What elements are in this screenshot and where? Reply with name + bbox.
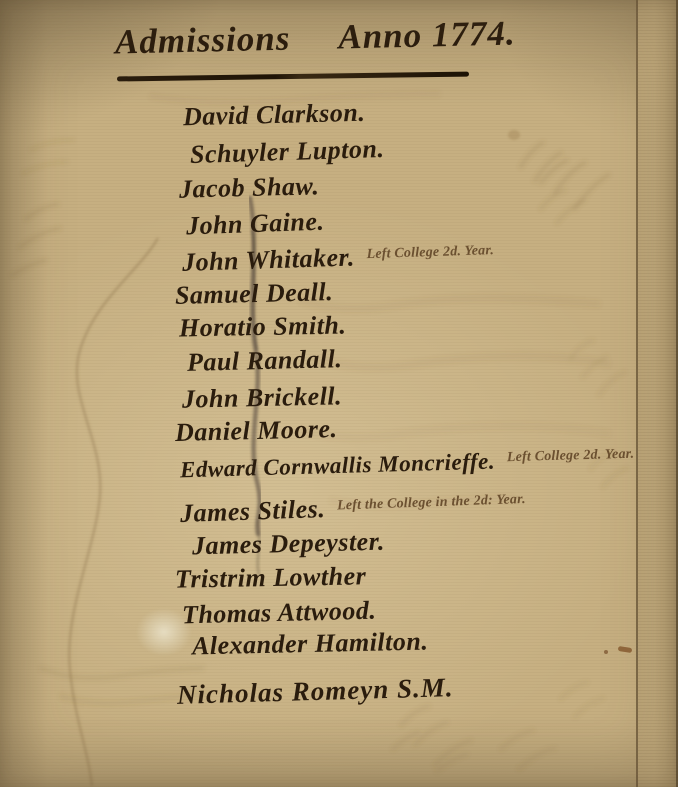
manuscript-page: Admissions Anno 1774. David Clarkson.Sch…	[0, 0, 678, 787]
admission-entry: John Brickell.	[182, 381, 343, 414]
admission-entry: Tristrim Lowther	[175, 561, 367, 594]
admission-entry: John Gaine.	[186, 207, 325, 242]
admission-entry: Edward Cornwallis Moncrieffe.Left Colleg…	[180, 445, 635, 484]
margin-note: Left College 2d. Year.	[507, 447, 635, 466]
student-name: Thomas Attwood.	[182, 596, 377, 630]
admission-entry: Samuel Deall.	[175, 277, 334, 311]
student-name: Samuel Deall.	[175, 277, 334, 310]
admission-entry: Horatio Smith.	[179, 311, 347, 344]
margin-note: Left the College in the 2d: Year.	[337, 492, 526, 514]
student-name: Nicholas Romeyn S.M.	[177, 672, 454, 710]
admissions-list: David Clarkson.Schuyler Lupton.Jacob Sha…	[0, 0, 678, 787]
student-name: Edward Cornwallis Moncrieffe.	[180, 449, 496, 483]
student-name: Daniel Moore.	[175, 414, 338, 447]
admission-entry: Jacob Shaw.	[179, 171, 320, 204]
admission-entry: Paul Randall.	[187, 344, 343, 378]
student-name: John Brickell.	[182, 381, 343, 413]
student-name: Horatio Smith.	[179, 311, 347, 343]
admission-entry: David Clarkson.	[183, 98, 366, 132]
admission-entry: James Stiles.Left the College in the 2d:…	[180, 487, 527, 529]
margin-note: Left College 2d. Year.	[366, 243, 494, 262]
student-name: James Depeyster.	[192, 527, 385, 561]
admission-entry: John Whitaker.Left College 2d. Year.	[182, 238, 495, 278]
admission-entry: Schuyler Lupton.	[190, 134, 385, 170]
student-name: Schuyler Lupton.	[190, 134, 385, 169]
admission-entry: James Depeyster.	[192, 527, 386, 562]
student-name: John Gaine.	[186, 207, 325, 241]
student-name: John Whitaker.	[182, 242, 356, 276]
admission-entry: Daniel Moore.	[175, 414, 338, 448]
student-name: David Clarkson.	[183, 98, 366, 131]
student-name: Paul Randall.	[187, 344, 343, 377]
student-name: Tristrim Lowther	[175, 561, 367, 593]
admission-entry: Thomas Attwood.	[182, 596, 377, 631]
admission-entry: Alexander Hamilton.	[192, 627, 429, 662]
student-name: Jacob Shaw.	[179, 171, 320, 203]
student-name: Alexander Hamilton.	[192, 627, 429, 661]
student-name: James Stiles.	[180, 494, 326, 528]
admission-entry: Nicholas Romeyn S.M.	[177, 672, 454, 711]
